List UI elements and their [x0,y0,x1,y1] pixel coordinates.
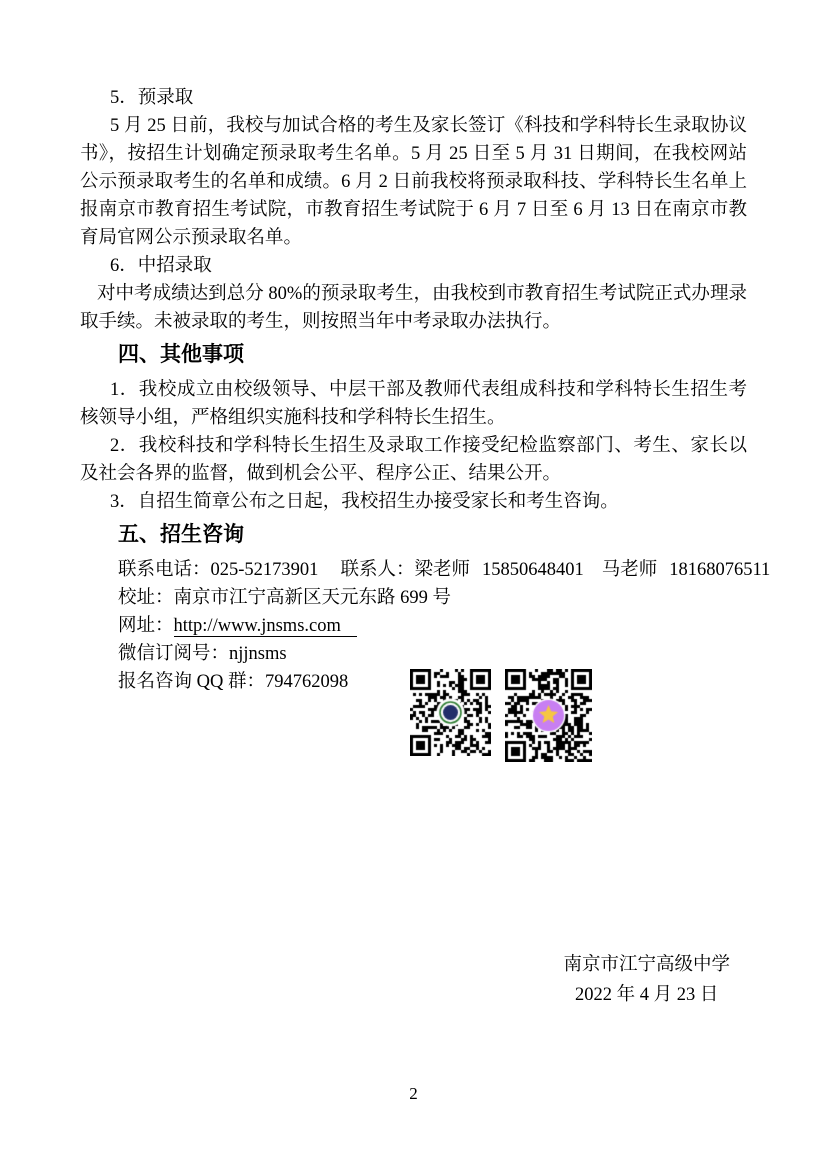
website-link[interactable]: http://www.jnsms.com [174,616,357,637]
other-matters-item-3: 3．自招生简章公布之日起，我校招生办接受家长和考生咨询。 [80,488,747,516]
signature-date: 2022 年 4 月 23 日 [563,980,730,1010]
section-heading-consult: 五、招生咨询 [80,518,747,552]
contact-address-line: 校址：南京市江宁高新区天元东路 699 号 [118,584,747,612]
signature-school-name: 南京市江宁高级中学 [563,950,730,980]
contact-phone-label: 联系电话： [118,560,211,580]
item-title-pre-admission: 5．预录取 [80,84,747,112]
page-number: 2 [0,1084,827,1104]
item-title-zhongzhao: 6．中招录取 [80,252,747,280]
contact-person1-name: 梁老师 [414,560,470,580]
contact-person2-phone: 18168076511 [669,560,770,580]
other-matters-item-2: 2．我校科技和学科特长生招生及录取工作接受纪检监察部门、考生、家长以及社会各界的… [80,432,747,488]
qr-code-row [410,669,592,762]
contact-person-label: 联系人： [340,560,414,580]
paragraph-zhongzhao: 对中考成绩达到总分 80%的预录取考生，由我校到市教育招生考试院正式办理录取手续… [80,280,747,336]
contact-phone-number: 025-52173901 [211,560,319,580]
signature-block: 南京市江宁高级中学 2022 年 4 月 23 日 [563,950,730,1010]
contact-phone-line: 联系电话：025-52173901联系人：梁老师15850648401马老师18… [118,556,747,584]
document-page: 5．预录取 5 月 25 日前，我校与加试合格的考生及家长签订《科技和学科特长生… [0,0,827,1170]
contact-person1-phone: 15850648401 [482,560,584,580]
contact-person2-name: 马老师 [602,560,658,580]
contact-website-line: 网址：http://www.jnsms.com [118,612,747,640]
contact-wechat-line: 微信订阅号：njjnsms [118,640,747,668]
wechat-star-qr-code [505,669,592,762]
school-logo-qr-code [410,669,491,756]
website-label: 网址： [118,616,174,636]
other-matters-item-1: 1．我校成立由校级领导、中层干部及教师代表组成科技和学科特长生招生考核领导小组，… [80,376,747,432]
section-heading-other-matters: 四、其他事项 [80,338,747,372]
paragraph-pre-admission: 5 月 25 日前，我校与加试合格的考生及家长签订《科技和学科特长生录取协议书》… [80,112,747,252]
